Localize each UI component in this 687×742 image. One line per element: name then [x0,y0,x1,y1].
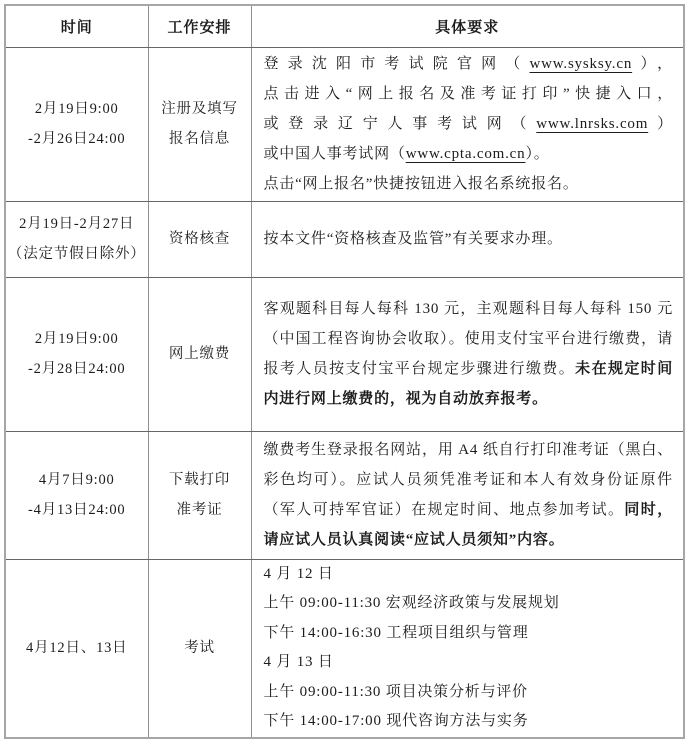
text-segment: 上午 09:00-11:30 宏观经济政策与发展规划 [264,595,560,611]
text-line: 4月12日、13日 [6,633,148,663]
text-line: 4月7日9:00 [6,465,148,495]
details-cell: 客观题科目每人每科 130 元，主观题科目每人每科 150 元（中国工程咨询协会… [251,277,684,431]
text-line: 2月19日9:00 [6,94,148,124]
task-cell: 考试 [148,559,251,738]
text-segment: 按本文件“资格核查及监管”有关要求办理。 [264,231,563,247]
header-time: 时间 [5,5,148,47]
text-line: 按本文件“资格核查及监管”有关要求办理。 [264,224,674,254]
table-row-exam: 4月12日、13日 考试 4 月 12 日上午 09:00-11:30 宏观经济… [5,559,684,738]
text-line: 2月19日-2月27日 [6,209,148,239]
text-line: （法定节假日除外） [6,239,148,269]
text-segment: 或登录辽宁人事考试网（ [264,116,537,132]
text-line: 4 月 13 日 [264,648,674,678]
header-requirements: 具体要求 [251,5,684,47]
text-segment: 登录沈阳市考试院官网（ [264,56,530,72]
table-row-qualification-check: 2月19日-2月27日（法定节假日除外） 资格核查 按本文件“资格核查及监管”有… [5,201,684,277]
text-segment: 下午 14:00-17:00 现代咨询方法与实务 [264,713,529,729]
task-cell: 下载打印准考证 [148,431,251,559]
details-cell: 按本文件“资格核查及监管”有关要求办理。 [251,201,684,277]
text-line: 或中国人事考试网（www.cpta.com.cn）。 [264,139,674,169]
task-cell: 网上缴费 [148,277,251,431]
exam-schedule-table: 时间 工作安排 具体要求 2月19日9:00-2月26日24:00 注册及填写报… [4,4,685,739]
text-line: 考试 [149,633,251,663]
text-line: 下载打印 [149,465,251,495]
text-line: 2月19日9:00 [6,324,148,354]
text-line: 网上缴费 [149,339,251,369]
text-line: 缴费考生登录报名网站，用 A4 纸自行打印准考证（黑白、彩色均可）。应试人员须凭… [264,435,674,555]
text-line: 资格核查 [149,224,251,254]
time-cell: 4月7日9:00-4月13日24:00 [5,431,148,559]
text-segment: 上午 09:00-11:30 项目决策分析与评价 [264,684,528,700]
text-line: 注册及填写 [149,94,251,124]
text-line: 登录沈阳市考试院官网（www.sysksy.cn）， [264,49,674,79]
url-link[interactable]: www.cpta.com.cn [406,146,526,162]
text-line: 准考证 [149,495,251,525]
table-row-print-admission-ticket: 4月7日9:00-4月13日24:00 下载打印准考证 缴费考生登录报名网站，用… [5,431,684,559]
table-header-row: 时间 工作安排 具体要求 [5,5,684,47]
time-cell: 2月19日9:00-2月26日24:00 [5,47,148,201]
text-line: -4月13日24:00 [6,495,148,525]
text-segment: 点击进入“网上报名及准考证打印”快捷入口， [264,86,674,102]
text-segment: 点击“网上报名”快捷按钮进入报名系统报名。 [264,176,579,192]
text-segment: 缴费考生登录报名网站，用 A4 纸自行打印准考证（黑白、彩色均可）。应试人员须凭… [264,442,674,518]
text-line: 上午 09:00-11:30 宏观经济政策与发展规划 [264,589,674,619]
url-link[interactable]: www.sysksy.cn [530,56,633,72]
table-row-registration: 2月19日9:00-2月26日24:00 注册及填写报名信息 登录沈阳市考试院官… [5,47,684,201]
text-line: 下午 14:00-16:30 工程项目组织与管理 [264,619,674,649]
text-line: -2月28日24:00 [6,354,148,384]
text-segment: 下午 14:00-16:30 工程项目组织与管理 [264,625,529,641]
text-line: 下午 14:00-17:00 现代咨询方法与实务 [264,707,674,737]
time-cell: 4月12日、13日 [5,559,148,738]
text-line: 上午 09:00-11:30 项目决策分析与评价 [264,678,674,708]
text-line: 或登录辽宁人事考试网（www.lnrsks.com） [264,109,674,139]
details-cell: 缴费考生登录报名网站，用 A4 纸自行打印准考证（黑白、彩色均可）。应试人员须凭… [251,431,684,559]
time-cell: 2月19日-2月27日（法定节假日除外） [5,201,148,277]
details-cell: 登录沈阳市考试院官网（www.sysksy.cn），点击进入“网上报名及准考证打… [251,47,684,201]
text-line: 点击进入“网上报名及准考证打印”快捷入口， [264,79,674,109]
text-line: 点击“网上报名”快捷按钮进入报名系统报名。 [264,169,674,199]
text-line: 客观题科目每人每科 130 元，主观题科目每人每科 150 元（中国工程咨询协会… [264,294,674,414]
task-cell: 注册及填写报名信息 [148,47,251,201]
url-link[interactable]: www.lnrsks.com [536,116,648,132]
text-segment: 4 月 13 日 [264,654,334,670]
table-row-online-payment: 2月19日9:00-2月28日24:00 网上缴费 客观题科目每人每科 130 … [5,277,684,431]
text-segment: 4 月 12 日 [264,566,334,582]
header-task: 工作安排 [148,5,251,47]
text-segment: 或中国人事考试网（ [264,146,406,162]
task-cell: 资格核查 [148,201,251,277]
time-cell: 2月19日9:00-2月28日24:00 [5,277,148,431]
details-cell: 4 月 12 日上午 09:00-11:30 宏观经济政策与发展规划下午 14:… [251,559,684,738]
text-line: -2月26日24:00 [6,124,148,154]
text-segment: ） [648,116,673,132]
text-segment: ）。 [525,146,549,162]
text-segment: ）， [632,56,673,72]
text-line: 报名信息 [149,124,251,154]
text-line: 4 月 12 日 [264,560,674,590]
